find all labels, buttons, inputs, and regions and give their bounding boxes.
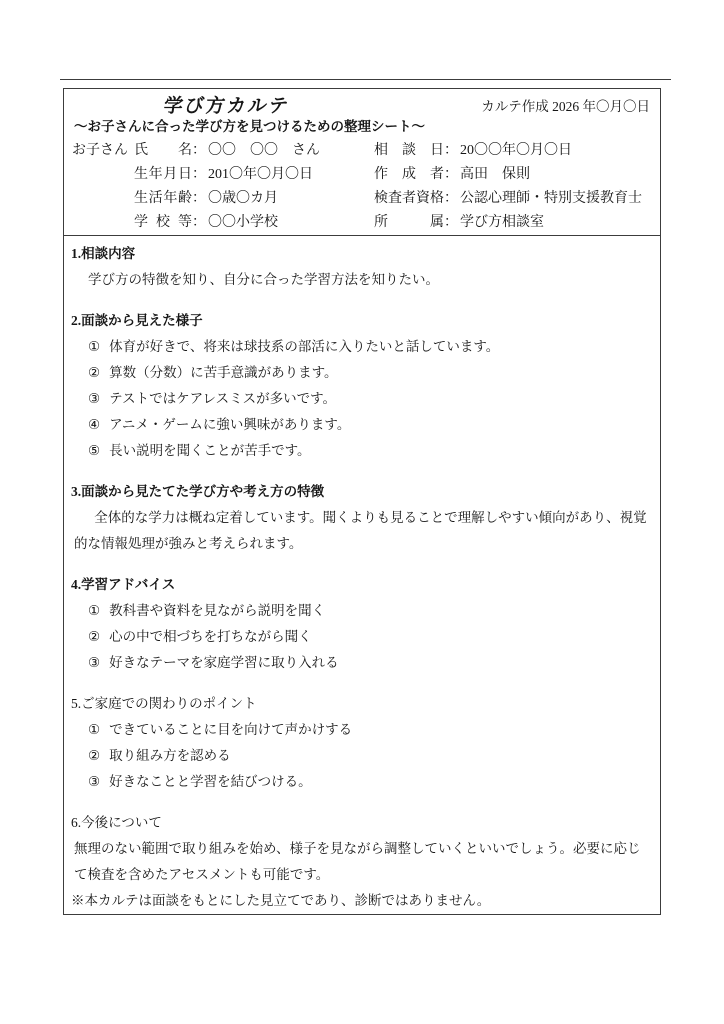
info-column-right: 相談日：20〇〇年〇月〇日 作成者：高田 保則 検査者資格：公認心理師・特別支援… — [374, 139, 660, 235]
list-item: ①体育が好きで、将来は球技系の部活に入りたいと話しています。 — [88, 334, 650, 360]
info-value: 20〇〇年〇月〇日 — [460, 143, 572, 158]
info-label: 所属 — [374, 211, 444, 235]
info-label: 検査者資格 — [374, 187, 444, 211]
list-item: ②心の中で相づちを打ちながら聞く — [88, 624, 650, 650]
section-5-family-involvement-points: 5.ご家庭での関わりのポイント ①できていることに目を向けて声かけする ②取り組… — [71, 691, 650, 795]
list-item: ①できていることに目を向けて声かけする — [88, 717, 650, 743]
section-body: 無理のない範囲で取り組みを始め、様子を見ながら調整していくといいでしょう。必要に… — [74, 836, 650, 888]
section-gap — [71, 557, 650, 572]
info-label: 生年月日 — [134, 163, 192, 187]
info-column-left: お子さん氏名：〇〇 〇〇 さん 生年月日：201〇年〇月〇日 生活年齢：〇歳〇カ… — [64, 139, 374, 235]
info-label: 学校等 — [134, 211, 192, 235]
section-heading: 1.相談内容 — [71, 241, 650, 267]
section-body: 全体的な学力は概ね定着しています。聞くよりも見ることで理解しやすい傾向があり、視… — [74, 505, 650, 557]
list-item: ②取り組み方を認める — [88, 743, 650, 769]
list-item: ③好きなテーマを家庭学習に取り入れる — [88, 650, 650, 676]
section-gap — [71, 795, 650, 810]
document-title: 学び方カルテ — [162, 91, 292, 118]
item-text: 好きなテーマを家庭学習に取り入れる — [109, 655, 339, 670]
info-row-affiliation: 所属：学び方相談室 — [374, 211, 660, 235]
section-heading: 6.今後について — [71, 810, 650, 836]
document-page: 学び方カルテ カルテ作成 2026 年〇月〇日 ～お子さんに合った学び方を見つけ… — [0, 0, 724, 1024]
item-marker: ① — [88, 339, 100, 354]
item-text: 体育が好きで、将来は球技系の部活に入りたいと話しています。 — [109, 339, 499, 354]
item-marker: ① — [88, 603, 100, 618]
info-row-qualification: 検査者資格：公認心理師・特別支援教育士 — [374, 187, 660, 211]
section-2-interview-observations: 2.面談から見えた様子 ①体育が好きで、将来は球技系の部活に入りたいと話していま… — [71, 308, 650, 464]
child-prefix: お子さん — [72, 139, 126, 163]
item-marker: ④ — [88, 417, 100, 432]
colon: ： — [192, 167, 208, 182]
section-4-learning-advice: 4.学習アドバイス ①教科書や資料を見ながら説明を聞く ②心の中で相づちを打ちな… — [71, 572, 650, 676]
colon: ： — [192, 215, 208, 230]
item-marker: ② — [88, 748, 100, 763]
info-value: 201〇年〇月〇日 — [208, 167, 313, 182]
colon: ： — [444, 215, 460, 230]
info-value: 〇歳〇カ月 — [208, 191, 278, 206]
section-heading: 3.面談から見たてた学び方や考え方の特徴 — [71, 479, 650, 505]
info-value: 〇〇小学校 — [208, 215, 278, 230]
info-value: 〇〇 〇〇 さん — [208, 143, 320, 158]
item-marker: ③ — [88, 655, 100, 670]
footnote: ※本カルテは面談をもとにした見立てであり、診断ではありません。 — [71, 888, 650, 914]
colon: ： — [192, 143, 208, 158]
info-label: 氏名 — [134, 139, 192, 163]
list-item: ②算数（分数）に苦手意識があります。 — [88, 360, 650, 386]
info-label: 相談日 — [374, 139, 444, 163]
section-heading: 2.面談から見えた様子 — [71, 308, 650, 334]
top-rule-line — [60, 79, 671, 80]
item-text: 算数（分数）に苦手意識があります。 — [109, 365, 337, 380]
title-row: 学び方カルテ カルテ作成 2026 年〇月〇日 — [64, 91, 660, 115]
item-text: 心の中で相づちを打ちながら聞く — [109, 629, 312, 644]
info-row-child-name: お子さん氏名：〇〇 〇〇 さん — [64, 139, 374, 163]
section-gap — [71, 293, 650, 308]
document-subtitle: ～お子さんに合った学び方を見つけるための整理シート～ — [64, 115, 660, 139]
item-marker: ⑤ — [88, 443, 100, 458]
item-marker: ① — [88, 722, 100, 737]
section-gap — [71, 676, 650, 691]
section-body: 学び方の特徴を知り、自分に合った学習方法を知りたい。 — [88, 267, 650, 293]
list-item: ③テストではケアレスミスが多いです。 — [88, 386, 650, 412]
info-grid: お子さん氏名：〇〇 〇〇 さん 生年月日：201〇年〇月〇日 生活年齢：〇歳〇カ… — [64, 139, 660, 235]
item-marker: ② — [88, 629, 100, 644]
info-row-school: 学校等：〇〇小学校 — [64, 211, 374, 235]
info-label: 作成者 — [374, 163, 444, 187]
created-date: カルテ作成 2026 年〇月〇日 — [481, 95, 650, 115]
info-row-author: 作成者：高田 保則 — [374, 163, 660, 187]
document-box: 学び方カルテ カルテ作成 2026 年〇月〇日 ～お子さんに合った学び方を見つけ… — [63, 88, 661, 915]
info-row-age: 生活年齢：〇歳〇カ月 — [64, 187, 374, 211]
document-header: 学び方カルテ カルテ作成 2026 年〇月〇日 ～お子さんに合った学び方を見つけ… — [64, 89, 660, 236]
info-row-birthdate: 生年月日：201〇年〇月〇日 — [64, 163, 374, 187]
document-body: 1.相談内容 学び方の特徴を知り、自分に合った学習方法を知りたい。 2.面談から… — [64, 236, 660, 914]
item-text: アニメ・ゲームに強い興味があります。 — [109, 417, 350, 432]
section-heading: 5.ご家庭での関わりのポイント — [71, 691, 650, 717]
info-value: 学び方相談室 — [460, 215, 544, 230]
item-text: 長い説明を聞くことが苦手です。 — [109, 443, 310, 458]
section-gap — [71, 464, 650, 479]
item-text: できていることに目を向けて声かけする — [109, 722, 352, 737]
list-item: ①教科書や資料を見ながら説明を聞く — [88, 598, 650, 624]
colon: ： — [192, 191, 208, 206]
section-3-learning-style-characteristics: 3.面談から見たてた学び方や考え方の特徴 全体的な学力は概ね定着しています。聞く… — [71, 479, 650, 557]
item-text: 教科書や資料を見ながら説明を聞く — [109, 603, 325, 618]
info-row-consult-date: 相談日：20〇〇年〇月〇日 — [374, 139, 660, 163]
colon: ： — [444, 143, 460, 158]
list-item: ⑤長い説明を聞くことが苦手です。 — [88, 438, 650, 464]
info-label: 生活年齢 — [134, 187, 192, 211]
list-item: ④アニメ・ゲームに強い興味があります。 — [88, 412, 650, 438]
info-value: 公認心理師・特別支援教育士 — [460, 191, 642, 206]
colon: ： — [444, 167, 460, 182]
item-text: 取り組み方を認める — [109, 748, 231, 763]
item-marker: ③ — [88, 391, 100, 406]
list-item: ③好きなことと学習を結びつける。 — [88, 769, 650, 795]
section-6-future-plans: 6.今後について 無理のない範囲で取り組みを始め、様子を見ながら調整していくとい… — [71, 810, 650, 888]
section-heading: 4.学習アドバイス — [71, 572, 650, 598]
section-1-consultation-content: 1.相談内容 学び方の特徴を知り、自分に合った学習方法を知りたい。 — [71, 241, 650, 293]
item-marker: ② — [88, 365, 100, 380]
colon: ： — [444, 191, 460, 206]
item-marker: ③ — [88, 774, 100, 789]
info-value: 高田 保則 — [460, 167, 530, 182]
item-text: テストではケアレスミスが多いです。 — [109, 391, 336, 406]
item-text: 好きなことと学習を結びつける。 — [109, 774, 312, 789]
